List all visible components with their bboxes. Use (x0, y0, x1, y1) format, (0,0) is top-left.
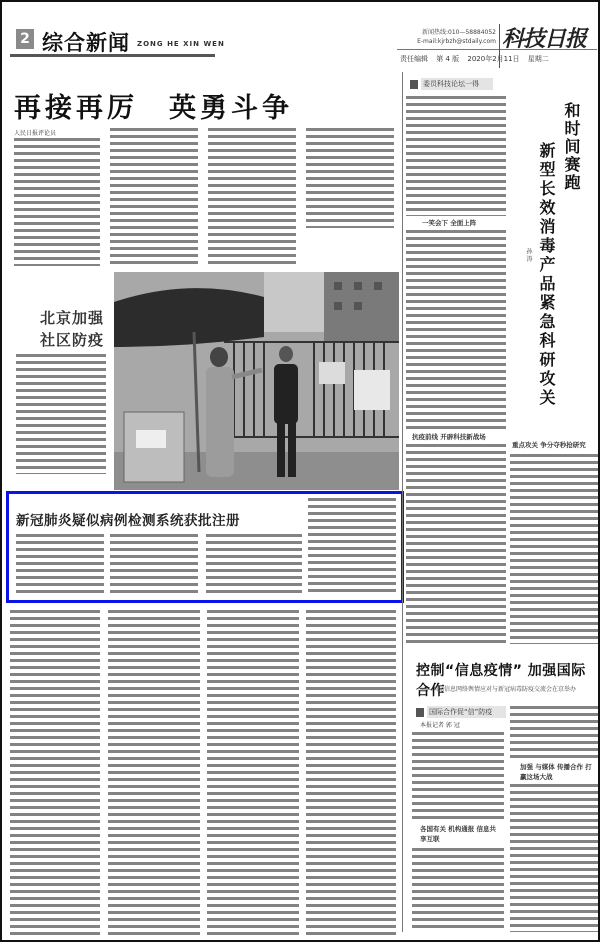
newspaper-page: 2 综合新闻 ZONG HE XIN WEN 新闻热线:010—58884052… (0, 0, 600, 942)
column-tag: 委员科技论坛一得 (410, 78, 493, 90)
contact-email: E-mail:kjrbzh@stdaily.com (404, 37, 496, 46)
contact-info: 新闻热线:010—58884052 E-mail:kjrbzh@stdaily.… (404, 28, 496, 46)
page-number-badge: 2 (16, 29, 34, 49)
section-title: 综合新闻 (42, 27, 130, 57)
highlight-text-column (308, 498, 396, 596)
highlighted-article-headline[interactable]: 新冠肺炎疑似病例检测系统获批注册 (16, 509, 240, 529)
article-text-column (110, 128, 198, 266)
right-text-column (406, 230, 506, 430)
vertical-headline-top: 和时间赛跑 (562, 102, 580, 192)
main-headline: 再接再厉 英勇斗争 (14, 86, 293, 125)
right-text-column (406, 444, 506, 644)
column-tag-square-icon (416, 708, 424, 717)
vertical-headline-main: 新型长效消毒产品紧急科研攻关 (537, 142, 555, 408)
lower-text-column (207, 610, 299, 935)
right-column-divider (402, 72, 403, 932)
issue-date: 2020年2月11日 (467, 55, 519, 63)
contact-hotline: 新闻热线:010—58884052 (404, 28, 496, 37)
second-column-tag-label: 国际合作促“信”防疫 (427, 706, 506, 718)
community-checkpoint-photo (114, 272, 399, 490)
right-text-column (406, 96, 506, 216)
right-sub-head: 抗疫前线 开辟科技新战场 (412, 432, 486, 441)
right-text-column (510, 706, 598, 760)
main-byline: 人民日报评论员 (14, 128, 56, 137)
vertical-author: 孙 涛 (524, 248, 533, 262)
article-text-column (14, 138, 100, 266)
issue-weekday: 星期二 (528, 55, 549, 63)
news-photo (114, 272, 399, 490)
right-second-deck: ——国际信息网络舆情应对与新冠病毒防疫交流会在京举办 (420, 684, 576, 693)
highlight-text-column (206, 534, 302, 596)
editor-label: 责任编辑 (400, 55, 428, 63)
second-column-tag: 国际合作促“信”防疫 (416, 706, 506, 718)
lower-text-column (108, 610, 200, 935)
column-tag-square-icon (410, 80, 418, 89)
right-second-headline: 控制“信息疫情” 加强国际合作 (416, 660, 598, 700)
right-text-column (510, 454, 598, 644)
page-label: 第 4 版 (436, 55, 459, 63)
section-rule-divider (10, 54, 215, 57)
lower-text-column (10, 610, 100, 935)
side-title-line-1: 北京加强 (40, 307, 104, 329)
right-sub-head: 一笑会下 全面上阵 (422, 218, 476, 227)
right-second-sub-head: 各国有关 机构通报 信息共享互联 (420, 824, 500, 844)
right-second-sub-head: 加强 与媒体 传播合作 打赢这场大战 (520, 762, 592, 782)
side-title-line-2: 社区防疫 (40, 329, 104, 351)
side-story-title: 北京加强 社区防疫 (40, 307, 104, 351)
side-story-text (16, 354, 106, 474)
highlight-text-column (16, 534, 104, 596)
second-byline: 本报记者 郭 冠 (420, 720, 460, 729)
right-text-column (412, 732, 504, 822)
issue-meta: 责任编辑 第 4 版 2020年2月11日 星期二 (400, 54, 600, 64)
section-title-pinyin: ZONG HE XIN WEN (137, 40, 225, 48)
right-text-column (510, 784, 598, 932)
right-text-column (412, 848, 504, 932)
paper-logo: 科技日报 (502, 22, 586, 53)
right-sub-head: 重点攻关 争分夺秒抢研究 (512, 440, 586, 449)
article-text-column (208, 128, 296, 266)
article-text-column (306, 128, 394, 228)
lower-text-column (306, 610, 396, 935)
column-tag-label: 委员科技论坛一得 (421, 78, 493, 90)
highlight-text-column (110, 534, 198, 596)
